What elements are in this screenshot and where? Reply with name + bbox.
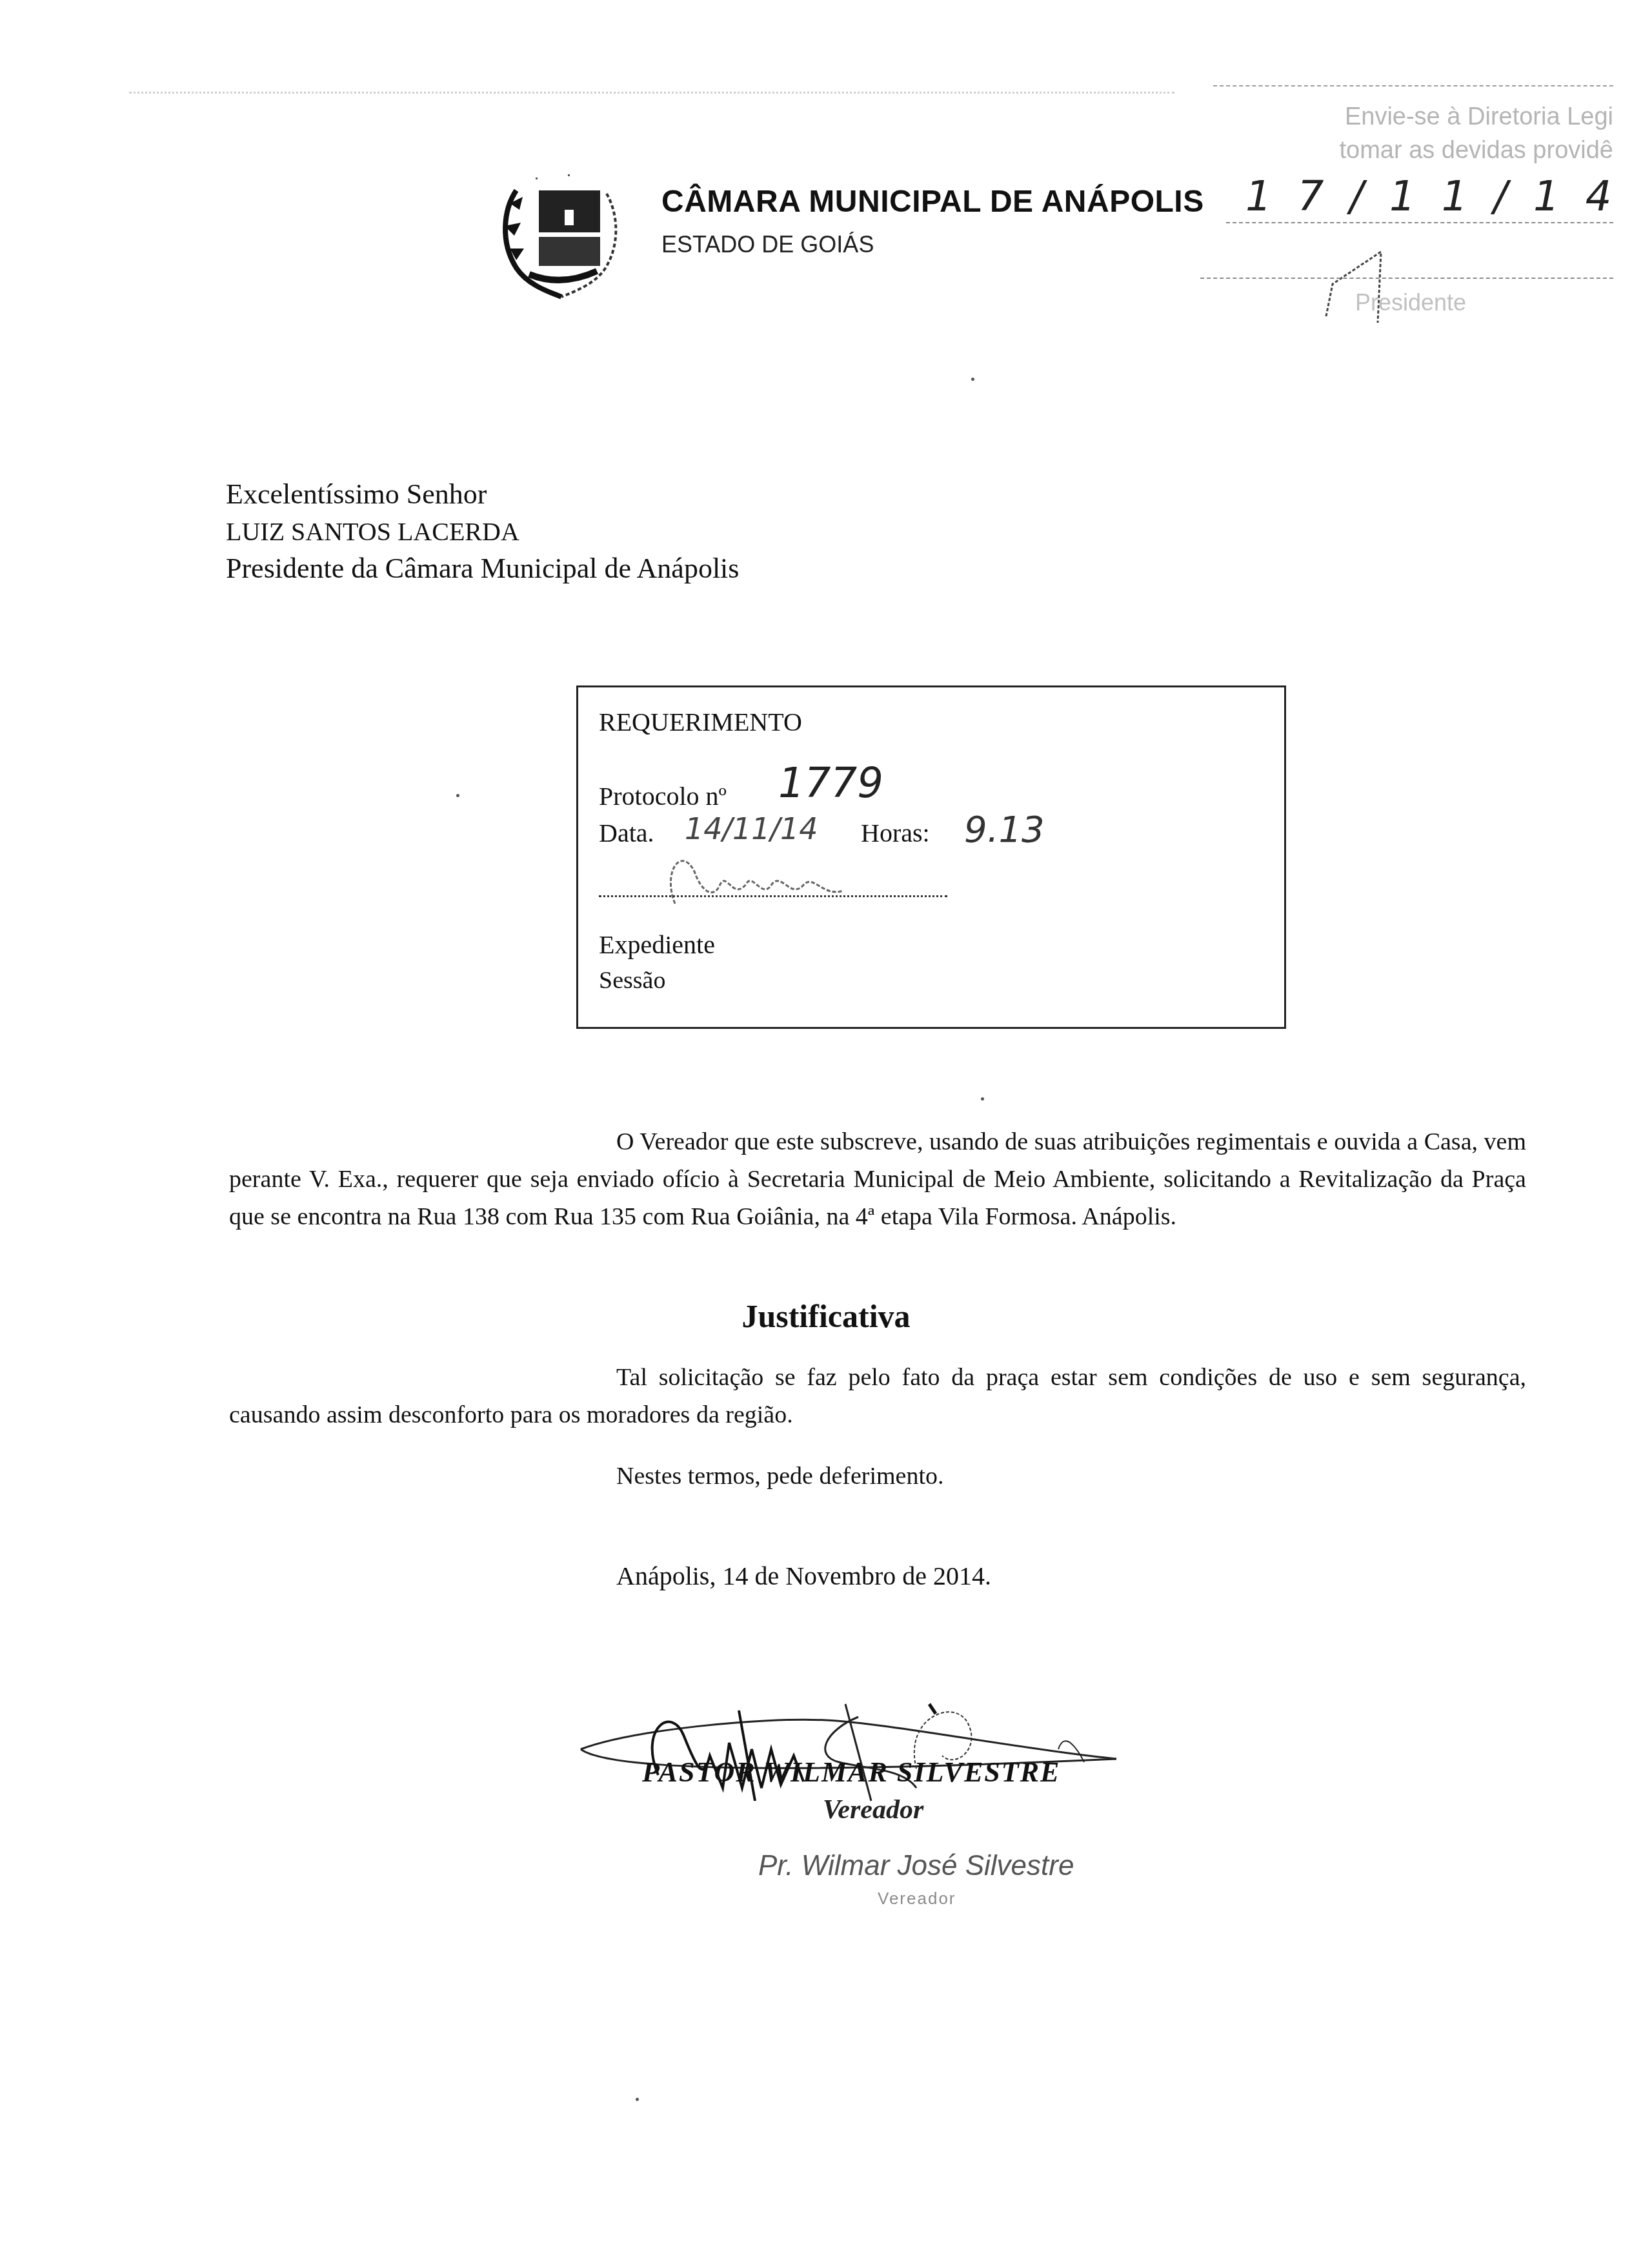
protocol-box: REQUERIMENTO Protocolo nº 1779 Data. 14/… — [576, 685, 1286, 1029]
stamp-border-line — [1213, 85, 1613, 86]
addressee-salutation: Excelentíssimo Senhor — [226, 478, 487, 511]
addressee-name: LUIZ SANTOS LACERDA — [226, 516, 519, 547]
rubric-dotted-line — [599, 895, 947, 897]
organization-title: CÂMARA MUNICIPAL DE ANÁPOLIS — [661, 184, 1204, 219]
sessao-label: Sessão — [599, 966, 665, 995]
justification-title: Justificativa — [0, 1297, 1652, 1335]
request-text: O Vereador que este subscreve, usando de… — [229, 1123, 1526, 1235]
signer-stamp-name: Pr. Wilmar José Silvestre — [758, 1850, 1074, 1882]
scan-speck — [971, 378, 974, 381]
dispatch-stamp-line1: Envie-se à Diretoria Legi — [1213, 103, 1613, 131]
expediente-label: Expediente — [599, 929, 715, 960]
coat-of-arms-icon — [490, 165, 632, 300]
dispatch-stamp-line2: tomar as devidas providê — [1213, 137, 1613, 165]
protocol-hours-value: 9.13 — [964, 809, 1045, 851]
stamp-signature-line — [1200, 278, 1613, 279]
protocol-number-label: Protocolo nº — [599, 781, 727, 811]
closing-formula: Nestes termos, pede deferimento. — [616, 1462, 944, 1490]
signer-printed-name: PASTOR WILMAR SILVESTRE — [642, 1756, 1060, 1789]
scan-speck — [981, 1097, 984, 1101]
organization-state: ESTADO DE GOIÁS — [661, 231, 874, 258]
scan-noise-line — [129, 92, 1174, 94]
scan-speck — [636, 2098, 639, 2101]
justification-text: Tal solicitação se faz pelo fato da praç… — [229, 1359, 1526, 1434]
protocol-heading: REQUERIMENTO — [599, 707, 802, 737]
place-and-date: Anápolis, 14 de Novembro de 2014. — [616, 1561, 991, 1591]
clerk-rubric-icon — [656, 846, 927, 910]
protocol-date-label: Data. — [599, 818, 654, 848]
request-paragraph: O Vereador que este subscreve, usando de… — [229, 1123, 1526, 1235]
scan-speck — [456, 794, 459, 797]
protocol-date-value: 14/11/14 — [685, 811, 818, 846]
dispatch-signer-label: Presidente — [1355, 289, 1466, 316]
protocol-hours-label: Horas: — [861, 818, 930, 848]
protocol-number-value: 1779 — [778, 760, 883, 807]
stamp-date-line — [1226, 222, 1613, 223]
signer-printed-role: Vereador — [823, 1794, 923, 1825]
addressee-title: Presidente da Câmara Municipal de Anápol… — [226, 552, 739, 585]
justification-paragraph: Tal solicitação se faz pelo fato da praç… — [229, 1359, 1526, 1434]
signer-stamp-role: Vereador — [878, 1889, 956, 1909]
dispatch-handwritten-date: 17/11/14 — [1245, 173, 1637, 221]
